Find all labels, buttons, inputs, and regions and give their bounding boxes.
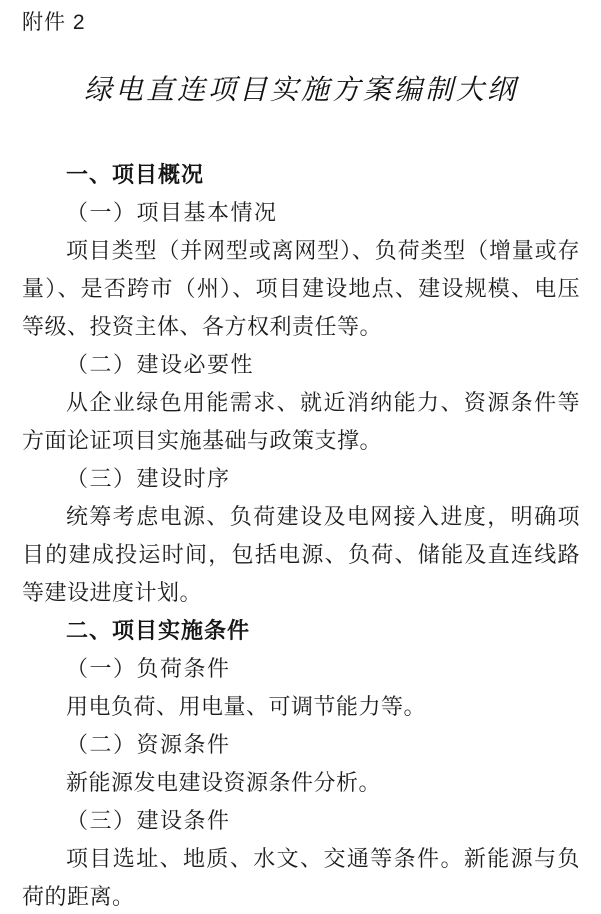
section-1-paragraph-3: 统筹考虑电源、负荷建设及电网接入进度，明确项目的建成投运时间，包括电源、负荷、储… [22, 498, 580, 612]
section-1-heading: 一、项目概况 [22, 156, 580, 194]
section-2-paragraph-1: 用电负荷、用电量、可调节能力等。 [22, 688, 580, 726]
section-1-subheading-2: （二）建设必要性 [22, 346, 580, 384]
section-2-subheading-1: （一）负荷条件 [22, 650, 580, 688]
section-2-paragraph-3: 项目选址、地质、水文、交通等条件。新能源与负荷的距离。 [22, 840, 580, 914]
section-2-subheading-2: （二）资源条件 [22, 726, 580, 764]
section-1-subheading-1: （一）项目基本情况 [22, 194, 580, 232]
section-1-paragraph-1: 项目类型（并网型或离网型）、负荷类型（增量或存量）、是否跨市（州）、项目建设地点… [22, 232, 580, 346]
section-2-heading: 二、项目实施条件 [22, 612, 580, 650]
document-body: 一、项目概况 （一）项目基本情况 项目类型（并网型或离网型）、负荷类型（增量或存… [22, 156, 580, 914]
section-1-subheading-3: （三）建设时序 [22, 460, 580, 498]
section-1-paragraph-2: 从企业绿色用能需求、就近消纳能力、资源条件等方面论证项目实施基础与政策支撑。 [22, 384, 580, 460]
section-2-paragraph-2: 新能源发电建设资源条件分析。 [22, 764, 580, 802]
document-page: 附件 2 绿电直连项目实施方案编制大纲 一、项目概况 （一）项目基本情况 项目类… [0, 0, 601, 914]
attachment-label: 附件 2 [22, 8, 580, 38]
section-2-subheading-3: （三）建设条件 [22, 802, 580, 840]
document-title: 绿电直连项目实施方案编制大纲 [22, 70, 580, 112]
